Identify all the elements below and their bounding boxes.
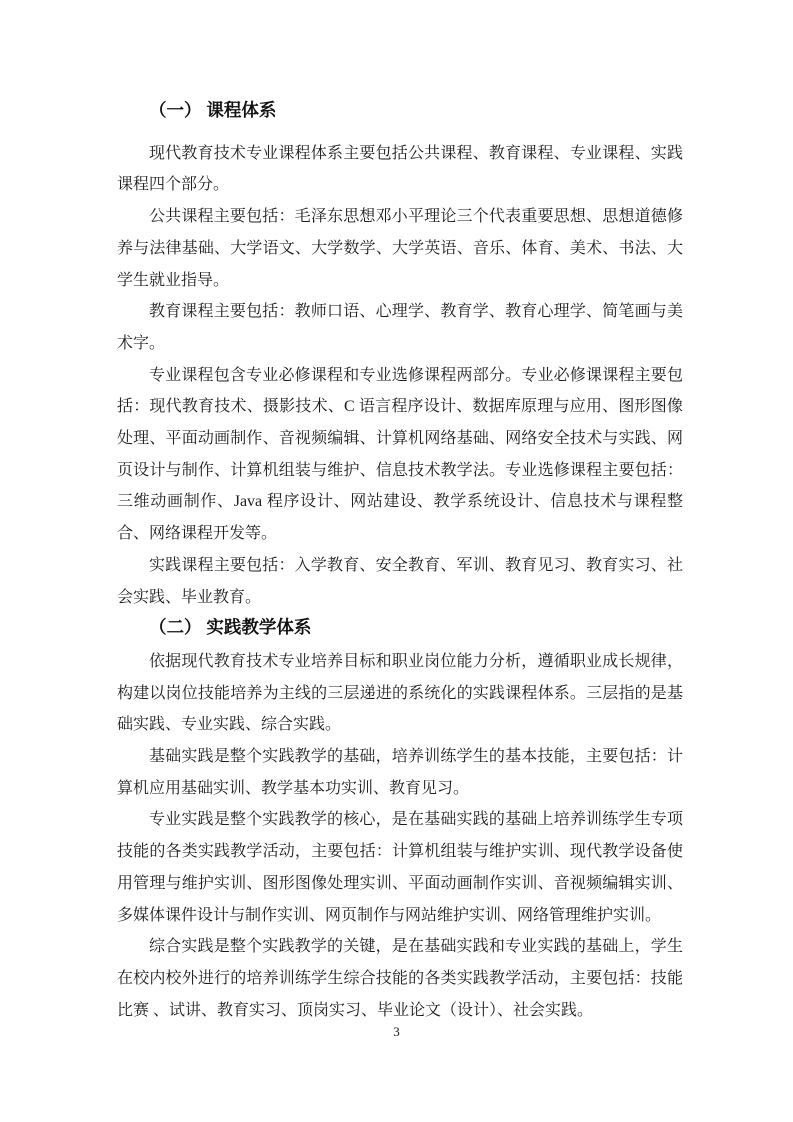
paragraph-practice-system-overview: 依据现代教育技术专业培养目标和职业岗位能力分析，遵循职业成长规律，构建以岗位技能… (117, 646, 683, 741)
paragraph-major-courses: 专业课程包含专业必修课程和专业选修课程两部分。专业必修课课程主要包括：现代教育技… (117, 360, 683, 550)
document-content: （一） 课程体系 现代教育技术专业课程体系主要包括公共课程、教育课程、专业课程、… (117, 95, 683, 1026)
section-heading-curriculum-system: （一） 课程体系 (117, 95, 683, 127)
paragraph-curriculum-overview: 现代教育技术专业课程体系主要包括公共课程、教育课程、专业课程、实践课程四个部分。 (117, 138, 683, 201)
page-number: 3 (0, 1024, 793, 1040)
paragraph-basic-practice: 基础实践是整个实践教学的基础，培养训练学生的基本技能，主要包括：计算机应用基础实… (117, 741, 683, 804)
paragraph-public-courses: 公共课程主要包括：毛泽东思想邓小平理论三个代表重要思想、思想道德修养与法律基础、… (117, 201, 683, 296)
paragraph-comprehensive-practice: 综合实践是整个实践教学的关键，是在基础实践和专业实践的基础上，学生在校内校外进行… (117, 931, 683, 1026)
section-heading-practice-teaching-system: （二） 实践教学体系 (117, 612, 683, 644)
paragraph-education-courses: 教育课程主要包括：教师口语、心理学、教育学、教育心理学、简笔画与美术字。 (117, 296, 683, 359)
document-page: （一） 课程体系 现代教育技术专业课程体系主要包括公共课程、教育课程、专业课程、… (0, 0, 793, 1122)
paragraph-practice-courses: 实践课程主要包括：入学教育、安全教育、军训、教育见习、教育实习、社会实践、毕业教… (117, 550, 683, 613)
paragraph-professional-practice: 专业实践是整个实践教学的核心，是在基础实践的基础上培养训练学生专项技能的各类实践… (117, 804, 683, 931)
